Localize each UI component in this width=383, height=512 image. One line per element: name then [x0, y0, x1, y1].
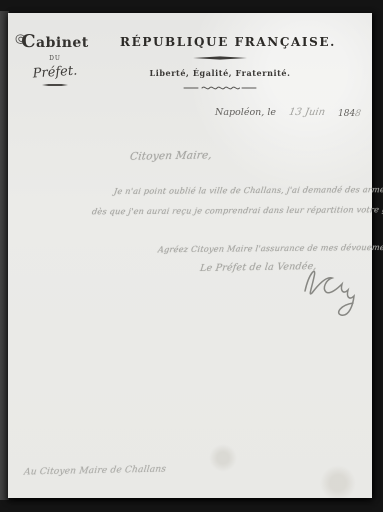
cabinet-monogram-flourish-icon — [14, 33, 28, 47]
letter-page: Cabinet DU Préfet. RÉPUBLIQUE FRANÇAISE.… — [8, 13, 372, 498]
du-label: DU — [18, 55, 92, 62]
body-line-2: dès que j'en aurai reçu je comprendrai d… — [91, 204, 383, 217]
tapered-rule-icon — [193, 56, 247, 60]
republic-title: RÉPUBLIQUE FRANÇAISE. — [120, 35, 320, 49]
salutation: Citoyen Maire, — [129, 149, 212, 162]
dateline: Napoléon, le 13 Juin — [215, 107, 325, 118]
republic-header-block: RÉPUBLIQUE FRANÇAISE. Liberté, Égalité, … — [120, 35, 320, 92]
dateline-year: 1848 — [338, 109, 361, 119]
prefet-label: Préfet. — [18, 62, 93, 82]
footer-address: Au Citoyen Maire de Challans — [23, 464, 166, 477]
dateline-handwritten-date: 13 Juin — [288, 107, 326, 118]
prefect-signature — [295, 261, 365, 323]
closing-line: Agréez Citoyen Maire l'assurance de mes … — [157, 242, 383, 255]
cabinet-label: Cabinet — [18, 31, 92, 52]
ornamental-flourish-icon — [182, 84, 258, 92]
body-line-1: Je n'ai point oublié la ville de Challan… — [113, 184, 383, 196]
cabinet-word: Cabinet — [21, 35, 89, 51]
motto-label: Liberté, Égalité, Fraternité. — [120, 68, 320, 78]
cabinet-flourish-rule — [42, 84, 68, 86]
dateline-place: Napoléon, le — [215, 107, 276, 118]
cabinet-du-prefet-block: Cabinet DU Préfet. — [18, 31, 92, 86]
year-handwritten-digit: 8 — [354, 109, 361, 119]
year-printed: 184 — [338, 109, 355, 119]
